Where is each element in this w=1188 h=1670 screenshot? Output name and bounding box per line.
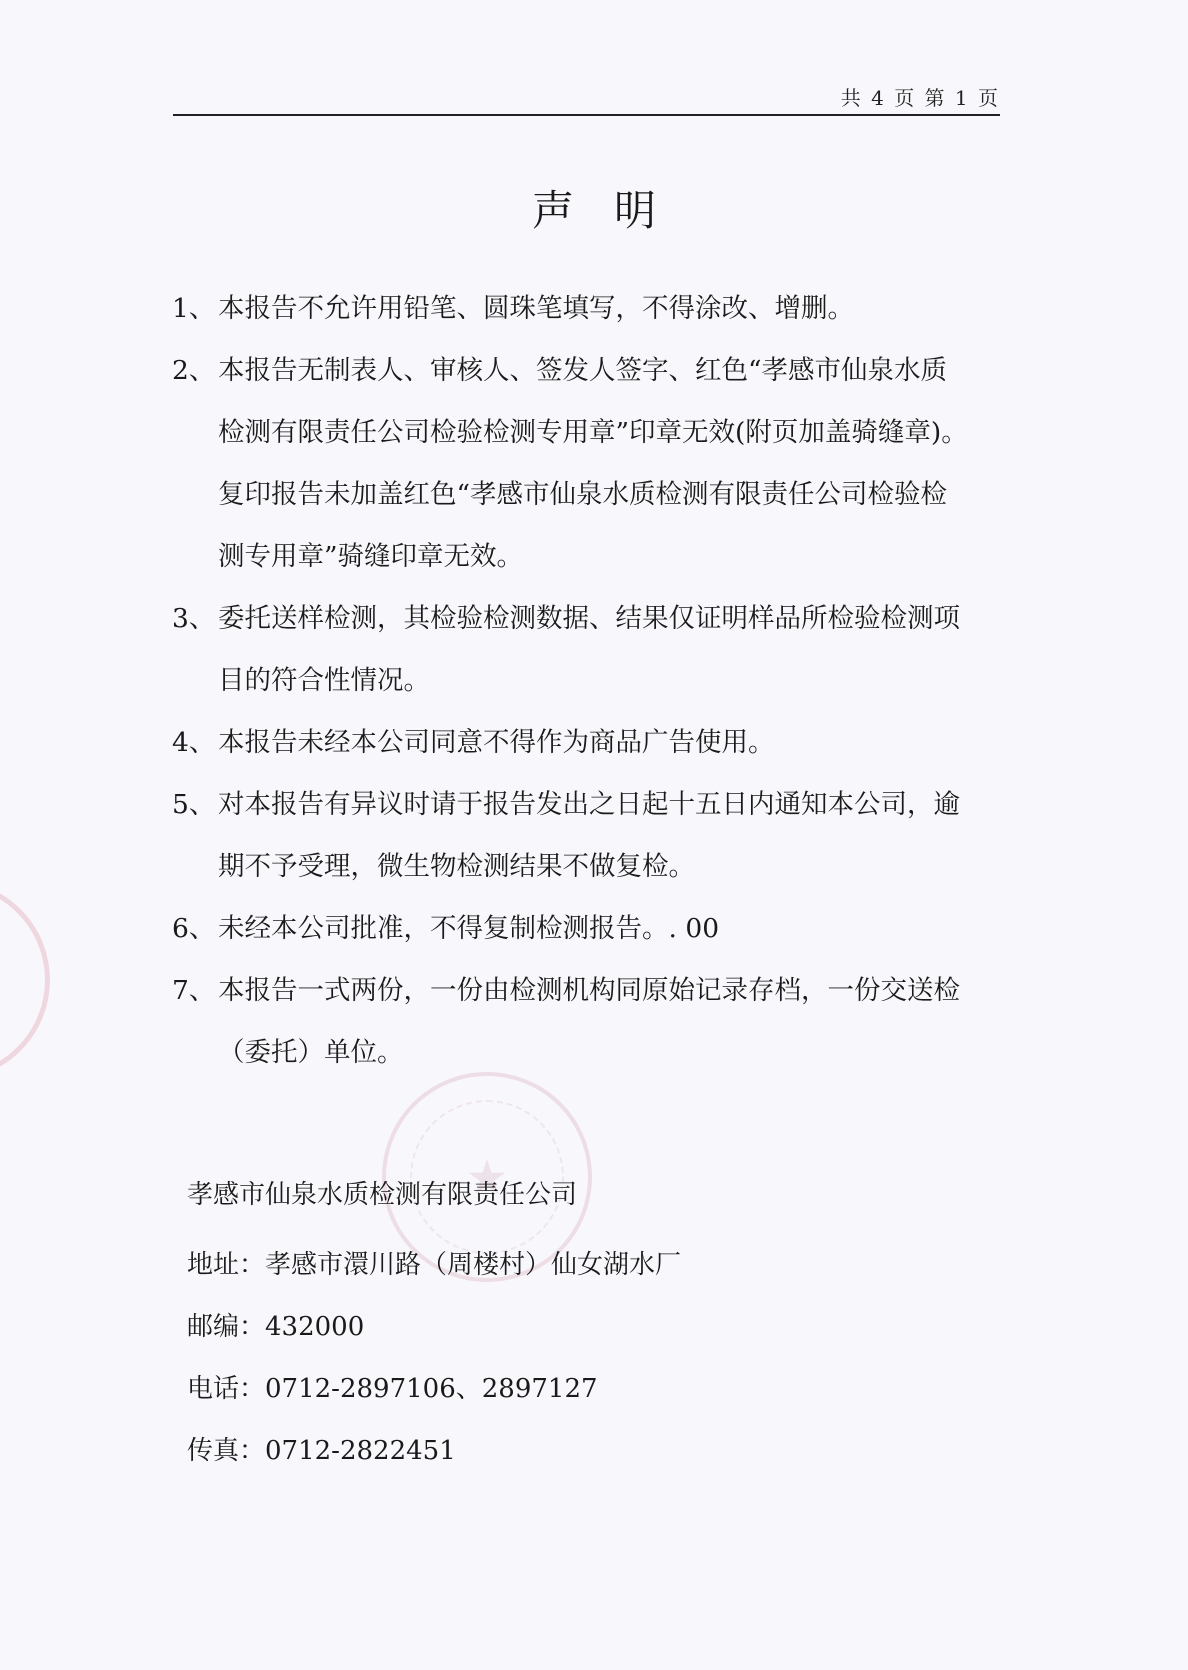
clause-2: 2、 本报告无制表人、审核人、签发人签字、红色“孝感市仙泉水质 检测有限责任公司… [172, 340, 1012, 588]
phone-row: 电话：0712-2897106、2897127 [187, 1358, 681, 1420]
clause-text: 对本报告有异议时请于报告发出之日起十五日内通知本公司，逾 [218, 774, 1012, 836]
clause-text: 目的符合性情况。 [218, 650, 1012, 712]
clause-text: 本报告无制表人、审核人、签发人签字、红色“孝感市仙泉水质 [218, 340, 1012, 402]
clause-text: 本报告未经本公司同意不得作为商品广告使用。 [218, 712, 1012, 774]
clause-number: 5、 [172, 774, 218, 836]
clause-text: 委托送样检测，其检验检测数据、结果仅证明样品所检验检测项 [218, 588, 1012, 650]
clause-number: 7、 [172, 960, 218, 1022]
postcode-value: 432000 [265, 1312, 364, 1342]
clause-3: 3、 委托送样检测，其检验检测数据、结果仅证明样品所检验检测项 目的符合性情况。 [172, 588, 1012, 712]
fax-label: 传真： [187, 1436, 265, 1466]
address-value: 孝感市澴川路（周楼村）仙女湖水厂 [265, 1250, 681, 1280]
clause-text: 本报告不允许用铅笔、圆珠笔填写，不得涂改、增删。 [218, 278, 1012, 340]
phone-value: 0712-2897106、2897127 [265, 1374, 598, 1404]
clause-text: 检测有限责任公司检验检测专用章”印章无效(附页加盖骑缝章)。 [218, 402, 1012, 464]
clause-1: 1、 本报告不允许用铅笔、圆珠笔填写，不得涂改、增删。 [172, 278, 1012, 340]
clause-text: （委托）单位。 [218, 1022, 1012, 1084]
clause-number: 6、 [172, 898, 218, 960]
clause-number: 4、 [172, 712, 218, 774]
address-label: 地址： [187, 1250, 265, 1280]
page-counter: 共 4 页 第 1 页 [841, 82, 998, 111]
postcode-row: 邮编：432000 [187, 1296, 681, 1358]
document-title: 声明 [0, 178, 1188, 238]
clause-5: 5、 对本报告有异议时请于报告发出之日起十五日内通知本公司，逾 期不予受理，微生… [172, 774, 1012, 898]
fax-value: 0712-2822451 [265, 1436, 456, 1466]
clause-text: 本报告一式两份，一份由检测机构同原始记录存档，一份交送检 [218, 960, 1012, 1022]
page-header: 共 4 页 第 1 页 [173, 78, 1000, 116]
seal-stamp-edge [0, 880, 50, 1080]
postcode-label: 邮编： [187, 1312, 265, 1342]
clause-text: 未经本公司批准，不得复制检测报告。. 00 [218, 898, 1012, 960]
company-name: 孝感市仙泉水质检测有限责任公司 [187, 1174, 577, 1211]
clause-6: 6、 未经本公司批准，不得复制检测报告。. 00 [172, 898, 1012, 960]
clause-4: 4、 本报告未经本公司同意不得作为商品广告使用。 [172, 712, 1012, 774]
clause-text: 测专用章”骑缝印章无效。 [218, 526, 1012, 588]
clause-text: 期不予受理，微生物检测结果不做复检。 [218, 836, 1012, 898]
clause-number: 2、 [172, 340, 218, 402]
clause-7: 7、 本报告一式两份，一份由检测机构同原始记录存档，一份交送检 （委托）单位。 [172, 960, 1012, 1084]
clause-text: 复印报告未加盖红色“孝感市仙泉水质检测有限责任公司检验检 [218, 464, 1012, 526]
clause-number: 1、 [172, 278, 218, 340]
address-row: 地址：孝感市澴川路（周楼村）仙女湖水厂 [187, 1234, 681, 1296]
phone-label: 电话： [187, 1374, 265, 1404]
clause-list: 1、 本报告不允许用铅笔、圆珠笔填写，不得涂改、增删。 2、 本报告无制表人、审… [172, 278, 1012, 1084]
fax-row: 传真：0712-2822451 [187, 1420, 681, 1482]
contact-info: 地址：孝感市澴川路（周楼村）仙女湖水厂 邮编：432000 电话：0712-28… [187, 1234, 681, 1482]
clause-number: 3、 [172, 588, 218, 650]
